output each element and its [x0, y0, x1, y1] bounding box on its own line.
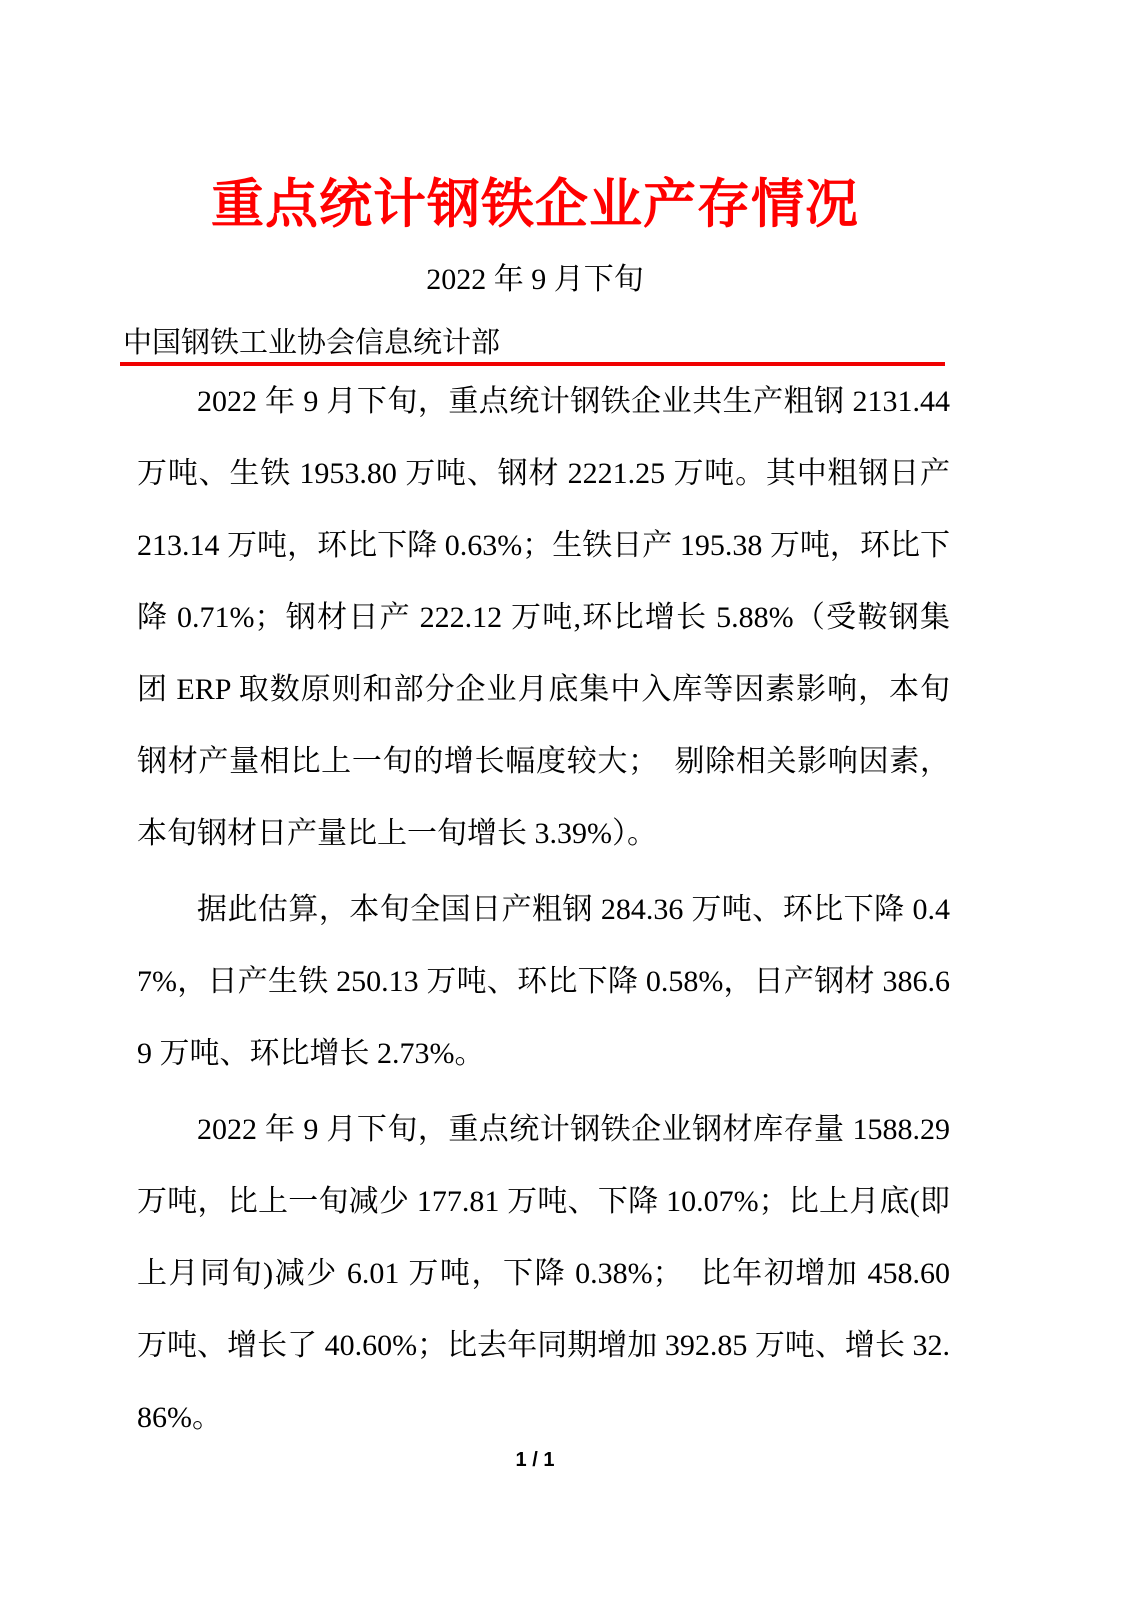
- document-page: 重点统计钢铁企业产存情况 2022 年 9 月下旬 中国钢铁工业协会信息统计部 …: [0, 0, 1131, 1600]
- document-body: 2022 年 9 月下旬，重点统计钢铁企业共生产粗钢 2131.44 万吨、生铁…: [137, 366, 950, 1454]
- page-number: 1 / 1: [120, 1448, 950, 1472]
- body-paragraph: 2022 年 9 月下旬，重点统计钢铁企业钢材库存量 1588.29 万吨，比上…: [137, 1094, 950, 1454]
- document-subtitle: 2022 年 9 月下旬: [120, 262, 950, 298]
- body-paragraph: 据此估算，本旬全国日产粗钢 284.36 万吨、环比下降 0.47%，日产生铁 …: [137, 874, 950, 1090]
- body-paragraph: 2022 年 9 月下旬，重点统计钢铁企业共生产粗钢 2131.44 万吨、生铁…: [137, 366, 950, 870]
- document-content: 重点统计钢铁企业产存情况 2022 年 9 月下旬 中国钢铁工业协会信息统计部 …: [120, 0, 950, 1458]
- document-title: 重点统计钢铁企业产存情况: [120, 176, 950, 234]
- author-line: 中国钢铁工业协会信息统计部: [120, 328, 950, 358]
